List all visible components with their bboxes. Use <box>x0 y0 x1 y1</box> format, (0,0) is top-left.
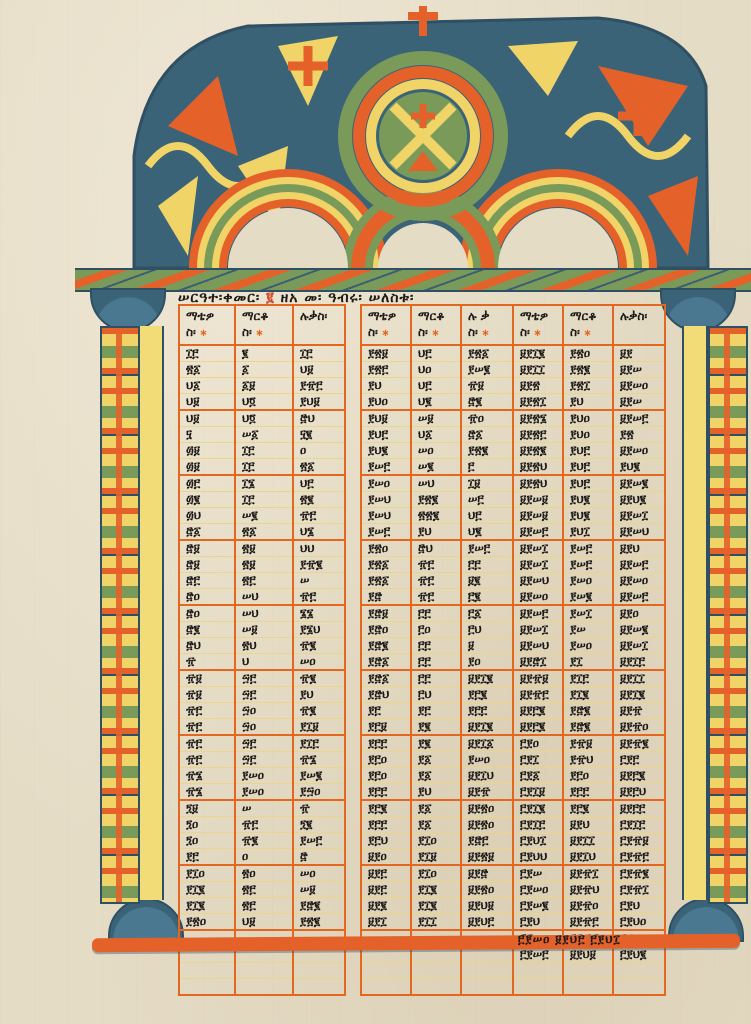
group-column: ፱፻ህ፱፻ሠ፫፱፻ሠዐ፱፻ሠ፫ <box>614 541 664 604</box>
table-cell: ፱፻፳፲ <box>514 394 562 409</box>
table-cell: ፸ዐ <box>180 589 234 604</box>
table-cell: ሠ፱ <box>294 882 344 898</box>
group-column: ፱፻ዐ፱፻ሠ፪፱፻ሠ፲፱፻፲፫ <box>614 606 664 669</box>
table-cell: ፱፻ሠ፪ <box>614 622 664 638</box>
table-cell <box>412 963 460 979</box>
row-group: ፻፫፫፻፫ዐ፻፫ዐ፻፫፫፻፪፻፩፻፩፻ህ፱፻፲፩፻ሠዐ፱፻፲ህ፱፻፹ <box>362 736 512 801</box>
group-column: ፹፪፻ህ፹፪፻፲፱ <box>294 671 344 734</box>
table-cell: ፫፻፲ <box>514 752 562 768</box>
table-cell: ፻፸፪ <box>294 898 344 914</box>
group-column: ፮፮፻፮ህ፹፪ሠዐ <box>294 606 344 669</box>
table-cell: ሠ፱ <box>412 411 460 427</box>
table-cell: ፺፱ <box>180 801 234 817</box>
table-cell <box>462 979 512 994</box>
table-cell: ፻፸፪ <box>564 719 612 734</box>
group-column: ፻፳ዐ፻፳፪፻፳፲፻ህ <box>564 346 614 409</box>
table-cell: ፻ህ <box>412 784 460 799</box>
table-cell: ፫፫ <box>412 606 460 622</box>
table-cell: ፲፫ <box>180 346 234 362</box>
group-column: ፻፲ዐ፻፲፪፻፲፪፻፲፲ <box>412 866 462 929</box>
table-cell: ፱፻ህ፱ <box>462 898 512 914</box>
row-group: ፹፱፹፱፹፫፹፫፵፫፵፫፵ዐ፵ዐ፹፪፻ህ፹፪፻፲፱ <box>180 671 344 736</box>
table-cell: ፻፳፲ <box>564 378 612 394</box>
table-cell: ፱፻ሠ፫ <box>614 557 664 573</box>
row-group: ህ፱፶፴፱፴፱ህ፬ሠ፩፲፫፲፫፸ህ፶፪ዐ፳፩ <box>180 411 344 476</box>
table-cell: ፱፻፸ <box>462 866 512 882</box>
table-cell: ፱፻፹ህ <box>564 882 612 898</box>
table-cell: ፹፱ <box>462 378 512 394</box>
group-column: ፻ህ፫፻ህ፪፻ህ፪፻ህ፲ <box>564 476 614 539</box>
table-cell: ፺፪ <box>294 817 344 833</box>
table-cell: ፫፪ <box>462 589 512 604</box>
table-cell <box>564 979 612 994</box>
table-cell: ፻፫፪ <box>564 801 612 817</box>
table-cell: ፻ህ፪ <box>564 508 612 524</box>
group-column: ህ፫ህዐህ፫ህ፪ <box>412 346 462 409</box>
table-cell: ፱፻፫፫ <box>614 801 664 817</box>
table-cell: ፹፫ <box>180 719 234 734</box>
table-cell: ፻፲ዐ <box>412 866 460 882</box>
table-cell: ፱፻ሠ፲ <box>514 557 562 573</box>
table-cell: ፱፻፲፫ <box>614 654 664 669</box>
table-cell: ፹፪ <box>294 638 344 654</box>
group-column: ፱፻፳ህ፱፻ሠ፱፱፻ሠ፱፱፻ሠ፫ <box>514 476 564 539</box>
table-cell: ፻፲ዐ <box>412 833 460 849</box>
table-cell: ፸፪ <box>180 622 234 638</box>
group-column: ፻፸፱፻፸ዐ፻፸፪፻፸፩ <box>362 606 412 669</box>
table-cell: ፻፫፪ <box>462 687 512 703</box>
table-cell: ህ፱ <box>180 411 234 427</box>
table-cell <box>294 963 344 979</box>
table-cell: ህዐ <box>412 362 460 378</box>
table-cell: ፴ህ <box>180 508 234 524</box>
table-cell <box>514 963 562 979</box>
table-cell: ፱፻፳ <box>514 378 562 394</box>
table-cell: ፻፳፫ <box>362 362 410 378</box>
table-cell: ፻፪ <box>412 719 460 734</box>
group-column: ፳፱፳፱፳፫ሠህ <box>236 541 294 604</box>
table-cell: ፹፪ <box>294 671 344 687</box>
header-line2: ስ፡ <box>418 324 460 342</box>
row-group: ፱፻፫፱፻፫፱፻፪፱፻፲፻፲ዐ፻፲፪፻፲፪፻፲፲፱፻፸፱፻፳ዐ፱፻ህ፱፱፻ህ፫ <box>362 866 512 931</box>
header-line1: ማርቆ <box>242 308 292 324</box>
table-cell: ህ፬ <box>236 411 292 427</box>
row-group: ፻፸፱፻፸ዐ፻፸፪፻፸፩፫፫፫ዐ፫፫፫፫፫፩፫ህ፱፻ዐ <box>362 606 512 671</box>
header-line1: ማርቆ <box>570 308 612 324</box>
table-cell: ፲፮ <box>236 476 292 492</box>
braided-lintel-band <box>75 268 751 292</box>
table-cell: ፴፪ <box>180 492 234 508</box>
header-line2: ስ፡ <box>368 324 410 342</box>
table-cell: ፹፫ <box>294 508 344 524</box>
table-header-row: ማቴዎስ፡ማርቆስ፡ሉቃስ፡ <box>180 306 344 346</box>
header-line1: ማርቆ <box>418 308 460 324</box>
table-cell: ፻ህ <box>564 394 612 409</box>
header-line1: ማቴዎ <box>368 308 410 324</box>
group-column: ፹፱፹፱፹፫፹፫ <box>180 671 236 734</box>
table-cell: ፻ህዐ <box>564 411 612 427</box>
table-cell: ፻ሠ፫ <box>564 557 612 573</box>
group-column: ፱፻፹፲፱፻፹ህ፱፻፹ዐ፱፻፹፫ <box>564 866 614 929</box>
table-cell: ፻ሠዐ <box>362 476 410 492</box>
table-cell: ፵፫ <box>236 752 292 768</box>
group-column: ሠህሠ፱፳ህህ <box>236 606 294 669</box>
table-cell: ፱፻ሠ፲ <box>614 638 664 654</box>
table-cell: ፫፻ህዐ <box>614 914 664 929</box>
table-cell: ፫፻፲፫ <box>514 817 562 833</box>
column-header: ማቴዎስ፡ <box>514 306 564 344</box>
row-group: ፻፸፩፻፸ህ፻፫፻፫፱፫፫፫ህ፻፫፻፪፱፻፲፪፻፫፪፻፫፫፱፻፲፪ <box>362 671 512 736</box>
right-plain-column <box>682 326 708 900</box>
table-cell: ፫፫ <box>412 671 460 687</box>
table-cell: ፳፱ <box>236 541 292 557</box>
table-cell: ፫፻ዐ <box>514 736 562 752</box>
table-cell: ፻ህ፫ <box>564 459 612 474</box>
table-cell: ፻ህ <box>412 524 460 539</box>
row-group: ፱፻፹፱፱፻፹፫፱፻፫፪፱፻፫፪፻፲፫፻፲፪፻፸፪፻፸፪፱፻፲፲፱፻፲፪፱፻፹፱… <box>514 671 664 736</box>
column-header: ማርቆስ፡ <box>236 306 294 344</box>
table-cell: ፫ህ <box>412 687 460 703</box>
group-column: ፱፻ሠ፫፻፳፱፻ሠዐ፻ህ፪ <box>614 411 664 474</box>
table-cell: ፱፻፸፲ <box>514 654 562 669</box>
group-column: ሠ፹፫፹፪ዐ <box>236 801 294 864</box>
table-cell <box>180 979 234 994</box>
table-cell: ፱፻፹ <box>614 703 664 719</box>
group-column: ፱፻ሠ፪፱፻ህ፪፱፻ሠ፲፱፻ሠህ <box>614 476 664 539</box>
table-cell <box>294 979 344 994</box>
table-cell: ሠ፱ <box>236 622 292 638</box>
table-cell: ፱፻ህ <box>614 541 664 557</box>
group-column: ህ፱፶፴፱፴፱ <box>180 411 236 474</box>
table-cell: ህ፫ <box>412 346 460 362</box>
table-cell <box>362 963 410 979</box>
group-column: ፱፻ሠ፫፱፻ሠ፲፱፻ሠህ፱፻፸፲ <box>514 606 564 669</box>
table-cell: ፻፳፪ <box>462 443 512 459</box>
group-column: ፻ሠ፫፻ሠ፫፻ሠዐ፻ሠ፪ <box>564 541 614 604</box>
table-cell: ፻ዐ <box>462 654 512 669</box>
group-column: ፱፻፲፲፱፻፲፪፱፻፹፱፻፹ዐ <box>614 671 664 734</box>
table-cell: ፸ህ <box>294 411 344 427</box>
row-group: ፸፱፸፱፸፫፸ዐ፳፱፳፱፳፫ሠህህህ፻፹፪ሠ፹፫ <box>180 541 344 606</box>
table-cell: ፱፻ሠ፫ <box>514 606 562 622</box>
table-cell: ፹፱ <box>180 687 234 703</box>
row-group: ፱፻፳ህ፱፻ሠ፱፱፻ሠ፱፱፻ሠ፫፻ህ፫፻ህ፪፻ህ፪፻ህ፲፱፻ሠ፪፱፻ህ፪፱፻ሠ፲… <box>514 476 664 541</box>
table-cell: ፹፫ <box>412 557 460 573</box>
table-cell: ፱፻፫ህ <box>614 784 664 799</box>
table-cell: ፻ህ <box>294 687 344 703</box>
table-cell: ፻ህዐ <box>564 427 612 443</box>
table-cell: ፴፱ <box>180 443 234 459</box>
header-line1: ማቴዎ <box>520 308 562 324</box>
table-cell: ፻፫፫ <box>564 784 612 799</box>
table-cell: ፻፫፫ <box>362 817 410 833</box>
group-column: ፱፻፲፪፻፫፪፻፫፫፱፻፲፪ <box>462 671 512 734</box>
group-column: ሠ፱ህ፩ሠዐሠ፪ <box>412 411 462 474</box>
group-column: ፻ህ፱፻ህ፫፻ህ፪፻ሠ፫ <box>362 411 412 474</box>
table-cell: ፱፻፲ህ <box>564 849 612 864</box>
table-cell: ፱፻፲፲ <box>614 671 664 687</box>
table-cell: ፱፻፳ዐ <box>462 801 512 817</box>
table-cell: ፱፻ሠህ <box>514 573 562 589</box>
table-cell: ፵፫ <box>236 687 292 703</box>
table-cell: ፻ሠ፫ <box>294 833 344 849</box>
table-cell: ፫፻ህ <box>614 898 664 914</box>
table-cell: ፫፻፹፫ <box>614 849 664 864</box>
table-cell: ፻፸፪ <box>362 638 410 654</box>
table-cell: ፻፪ <box>412 736 460 752</box>
table-cell: ፻፳ዐ <box>362 541 410 557</box>
ornamental-arch-headpiece <box>128 6 714 276</box>
table-cell: ፻፸ዐ <box>362 622 410 638</box>
table-cell: ፻ሠ፫ <box>564 541 612 557</box>
table-cell: ፱፻፲፲ <box>514 362 562 378</box>
table-cell <box>462 963 512 979</box>
table-cell: ፫፫ <box>412 654 460 669</box>
table-cell: ፻፲፱ <box>294 719 344 734</box>
table-cell: ፻፩ <box>412 768 460 784</box>
table-header-row: ማቴዎስ፡ማርቆስ፡ሉ ቃስ፡ <box>362 306 512 346</box>
table-cell: ፱፻ህ፱ <box>564 947 612 963</box>
table-cell: ፹፮ <box>294 752 344 768</box>
column-header: ማርቆስ፡ <box>412 306 462 344</box>
table-cell: ፵፫ <box>236 736 292 752</box>
group-column: ፻፫፪፱፻ህ፱፻፲፲፱፻፲ህ <box>564 801 614 864</box>
table-cell: ፻፹ህ <box>564 752 612 768</box>
table-cell: ፻ሠ፫ <box>362 524 410 539</box>
table-cell: ህ፱ <box>236 914 292 929</box>
table-cell: ፻ህዐ <box>362 394 410 409</box>
table-cell: ፻፳ዐ <box>180 914 234 929</box>
table-cell: ፱፻ሠ፫ <box>614 589 664 604</box>
table-cell: ፻፫፫ <box>362 736 410 752</box>
table-cell: ፸ዐ <box>180 606 234 622</box>
group-column: ፱፻፳፮፱፻፳፫፱፻፳፪፱፻፳ህ <box>514 411 564 474</box>
table-cell: ፱፻ህ፫ <box>462 914 512 929</box>
table-cell: ፴፫ <box>180 476 234 492</box>
group-column: ፻፳ዐ፻፳፩፻፳፩፻፸ <box>362 541 412 604</box>
table-cell: ፱፻፫፪ <box>514 703 562 719</box>
table-cell: ፻ህ፪ <box>614 459 664 474</box>
left-ornamental-column <box>100 326 140 904</box>
table-cell: ሠ <box>294 573 344 589</box>
table-cell: ፻ህ፫ <box>564 443 612 459</box>
table-cell: ፱፻፳፪ <box>514 443 562 459</box>
table-cell: ፱፻፳ዐ <box>462 817 512 833</box>
table-cell: ፻፫ <box>362 703 410 719</box>
table-cell: ፹፫ <box>180 752 234 768</box>
table-cell: ፵፫ <box>236 671 292 687</box>
row-group: ፫፻ሠ፫፻ሠዐ፫፻ሠ፪፫፻ህ፱፻፹፲፱፻፹ህ፱፻፹ዐ፱፻፹፫፫፻፹፪፫፻፹፲፫፻… <box>514 866 664 931</box>
table-cell: ፹፮ <box>180 768 234 784</box>
canon-table-middle: ማቴዎስ፡ማርቆስ፡ሉ ቃስ፡፻፳፱፻፳፫፻ህ፻ህዐህ፫ህዐህ፫ህ፪፻፳፩፻ሠ፪… <box>360 304 514 996</box>
group-column: ፻፩፻፩፻፲ዐ፻፲፱ <box>412 801 462 864</box>
table-cell: ፱፻ሠዐ <box>614 378 664 394</box>
row-group: ፱፻፲፪፱፻፲፲፱፻፳፱፻፳፲፻፳ዐ፻፳፪፻፳፲፻ህ፱፻፱፻ሠ፱፻ሠዐ፱፻ሠ <box>514 346 664 411</box>
table-cell: ፱፻ሠ፲ <box>514 541 562 557</box>
table-cell: ፳ህ <box>236 638 292 654</box>
table-cell: ሠ፩ <box>236 427 292 443</box>
table-cell: ፻፮ህ <box>294 622 344 638</box>
table-cell: ፻፳፩ <box>362 557 410 573</box>
table-cell: ህ፬ <box>236 394 292 409</box>
table-cell: ፻፸፪ <box>564 703 612 719</box>
table-cell: ፱፻፲፪ <box>462 719 512 734</box>
table-cell: ፻፹፫ <box>294 378 344 394</box>
table-cell: ፱፻ሠዐ <box>514 589 562 604</box>
table-cell: ፸፩ <box>180 524 234 539</box>
table-cell: ፫፻፫ <box>614 752 664 768</box>
table-cell: ፻፳፪ <box>412 492 460 508</box>
table-cell: ፺ዐ <box>180 817 234 833</box>
column-header: ማርቆስ፡ <box>564 306 614 344</box>
table-cell: ፻ህ፫ <box>362 427 410 443</box>
column-header: ማቴዎስ፡ <box>180 306 236 344</box>
table-cell: ፻፫ <box>180 849 234 864</box>
table-cell: ፱፻፹ <box>462 784 512 799</box>
left-plain-column <box>138 326 164 900</box>
table-cell: ፻ሠዐ <box>462 752 512 768</box>
table-cell: ፫ <box>462 459 512 474</box>
table-cell: ፹፪ <box>236 833 292 849</box>
table-cell: ፶ <box>180 427 234 443</box>
table-cell: ፻፳፱ <box>362 346 410 362</box>
table-cell: ፱፻ሠ፫ <box>514 524 562 539</box>
table-cell: ሠህ <box>236 589 292 604</box>
group-column: ህ፫፳፪፹፫ህ፮ <box>294 476 344 539</box>
table-cell: ፻ሠህ <box>362 508 410 524</box>
group-column: ፵፫፵፫፵ዐ፵ዐ <box>236 671 294 734</box>
table-cell: ፻ሠ፪ <box>564 589 612 604</box>
table-cell: ሠህ <box>236 606 292 622</box>
table-cell: ፻ሠዐ <box>236 784 292 799</box>
group-column: ሠህ፻፳፪፳፳፪፻ህ <box>412 476 462 539</box>
table-cell: ፱፻፫ <box>362 866 410 882</box>
row-group: ፱፻፳፮፱፻፳፫፱፻፳፪፱፻፳ህ፻ህዐ፻ህዐ፻ህ፫፻ህ፫፱፻ሠ፫፻፳፱፻ሠዐ፻ህ… <box>514 411 664 476</box>
table-cell: ፱፻፲፪ <box>614 687 664 703</box>
group-column: ፲፮፲፫ሠ፪፳፩ <box>236 476 294 539</box>
table-cell: ፻፲፪ <box>180 882 234 898</box>
table-cell: ፫፻ህ፲ <box>514 833 562 849</box>
table-cell: ፹፱ <box>180 671 234 687</box>
table-cell: ፻ሠ፫ <box>462 541 512 557</box>
table-cell: ፱፻ሠ፱ <box>514 492 562 508</box>
row-group: ፺፱፺ዐ፺ዐ፻፫ሠ፹፫፹፪ዐ፹፺፪፻ሠ፫፸ <box>180 801 344 866</box>
table-cell: ፫፻፹፲ <box>614 882 664 898</box>
table-cell: ፻፳፩ <box>462 346 512 362</box>
table-cell: ፹፫ <box>294 589 344 604</box>
table-cell <box>236 979 292 994</box>
table-cell: ፱፻ሠህ <box>614 524 664 539</box>
table-cell: ፲፫ <box>294 346 344 362</box>
table-cell: ፱፻፳ዐ <box>462 882 512 898</box>
table-cell: ፫፻ህ <box>514 914 562 929</box>
group-column: ፹፺፪፻ሠ፫፸ <box>294 801 344 864</box>
row-group: ፻ሠዐ፻ሠህ፻ሠህ፻ሠ፫ሠህ፻፳፪፳፳፪፻ህ፲፱ሠ፫ህ፫ህ፪ <box>362 476 512 541</box>
row-group: ፱፻ሠ፲፱፻ሠ፲፱፻ሠህ፱፻ሠዐ፻ሠ፫፻ሠ፫፻ሠዐ፻ሠ፪፱፻ህ፱፻ሠ፫፱፻ሠዐ፱… <box>514 541 664 606</box>
table-cell: ህ፫ <box>412 378 460 394</box>
right-ornamental-column <box>708 326 748 904</box>
group-column: ፱፻ሠ፲፱፻ሠ፲፱፻ሠህ፱፻ሠዐ <box>514 541 564 604</box>
group-column: ፸ህ፹፫፹፫፹፫ <box>412 541 462 604</box>
header-line2: ስ፡ <box>468 324 512 342</box>
table-cell: ፱፻፲፪ <box>462 671 512 687</box>
table-cell: ፻፳፩ <box>362 573 410 589</box>
table-cell: ፸ <box>294 849 344 864</box>
table-cell: ፻ህ <box>362 378 410 394</box>
table-cell: ፱፻ሠህ <box>514 638 562 654</box>
group-column: ፹፫፹፫፹፮፹፮ <box>180 736 236 799</box>
table-cell: ፻ሠ <box>564 622 612 638</box>
table-cell: ፫፻፲፫ <box>614 817 664 833</box>
table-cell: ሠህ <box>412 476 460 492</box>
table-cell: ፸ህ <box>180 638 234 654</box>
table-cell: ፱፻ሠዐ <box>614 573 664 589</box>
group-column: ፻፲ዐ፻፲፪፻፲፪፻፳ዐ <box>180 866 236 929</box>
table-cell: ፳፱ <box>236 557 292 573</box>
group-column: ፱፻፹፱፱፻፹፫፱፻፫፪፱፻፫፪ <box>514 671 564 734</box>
table-cell: ፱፻፲ <box>362 914 410 929</box>
table-cell: ፱፻፹፲ <box>564 866 612 882</box>
table-cell: ፻፲፪ <box>412 882 460 898</box>
table-cell: ፱፻ሠ <box>614 394 664 409</box>
column-header: ሉቃስ፡ <box>294 306 344 344</box>
group-column: ፺፱፺ዐ፺ዐ፻፫ <box>180 801 236 864</box>
table-cell: ፫፫ <box>462 557 512 573</box>
table-cell: ፻ሠዐ <box>564 638 612 654</box>
table-cell: ፱፻ሠ፲ <box>514 622 562 638</box>
table-cell: ፱፻፲፪ <box>514 346 562 362</box>
group-column: ፱፻፲፩፻ሠዐ፱፻፲ህ፱፻፹ <box>462 736 512 799</box>
table-cell: ፱፻ሠ፱ <box>514 508 562 524</box>
group-column: ፲፱ሠ፫ህ፫ህ፪ <box>462 476 512 539</box>
table-cell: ፳ዐ <box>236 866 292 882</box>
group-column: ፻ህዐ፻ህዐ፻ህ፫፻ህ፫ <box>564 411 614 474</box>
table-cell: ፵ዐ <box>236 703 292 719</box>
header-line2: ስ፡ <box>570 324 612 342</box>
table-cell: ፱፻፳፫ <box>514 427 562 443</box>
table-cell: ፻ሠ፫ <box>362 459 410 474</box>
table-cell: ፪ <box>236 346 292 362</box>
table-cell: ፻ህ፲ <box>564 524 612 539</box>
table-cell: ፻፸፱ <box>362 606 410 622</box>
table-cell: ፻፳ <box>614 427 664 443</box>
table-cell: ፫፻፲፱ <box>514 784 562 799</box>
group-column: ፫፫፫ዐ፫፫፫፫ <box>412 606 462 669</box>
table-cell: ፻ሠ፲ <box>564 606 612 622</box>
table-cell: ፻፲ዐ <box>180 866 234 882</box>
table-cell: ፻ሠ፪ <box>462 362 512 378</box>
group-column: ፱፻፲፪፱፻፲፲፱፻፳፱፻፳፲ <box>514 346 564 409</box>
table-cell: ፫ዐ <box>412 622 460 638</box>
header-line2: ስ፡ <box>242 324 292 342</box>
table-cell: ህ፪ <box>412 394 460 409</box>
table-cell: ፻ሠዐ <box>564 573 612 589</box>
table-cell: ፻፩ <box>412 752 460 768</box>
table-cell: ፳፳፪ <box>412 508 460 524</box>
overflow-row: ፫፻ሠዐ ፱፻ህ፫ ፫፻ህ፲ <box>518 932 621 947</box>
row-group: ፸ዐ፸፪፸ህ፹ሠህሠ፱፳ህህ፮፮፻፮ህ፹፪ሠዐ <box>180 606 344 671</box>
table-cell <box>180 963 234 979</box>
group-column: ፱፻፫፱፻፫፱፻፪፱፻፲ <box>362 866 412 929</box>
table-cell: ፻፸፩ <box>362 671 410 687</box>
row-group: ፻፳ዐ፻፳፩፻፳፩፻፸፸ህ፹፫፹፫፹፫፻ሠ፫፫፫፱፪፫፪ <box>362 541 512 606</box>
table-cell: ህ፪ <box>462 524 512 539</box>
table-cell: ፱፻፹፫ <box>514 687 562 703</box>
table-cell: ፴፱ <box>180 459 234 474</box>
table-cell: ህህ <box>294 541 344 557</box>
table-cell: ፻ህ፫ <box>564 476 612 492</box>
table-cell: ፫፻ሠዐ <box>514 882 562 898</box>
